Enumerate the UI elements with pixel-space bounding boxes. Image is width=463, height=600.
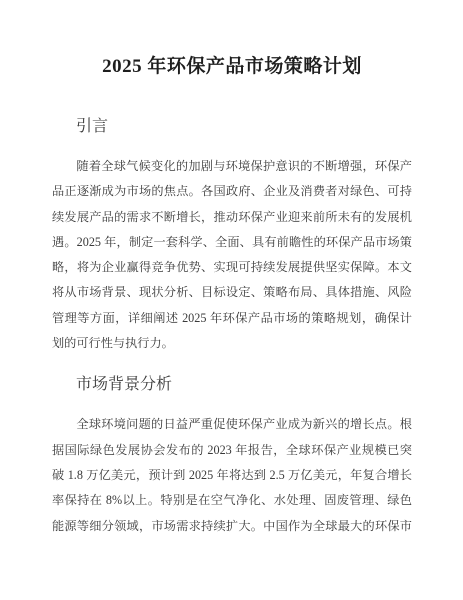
paragraph-line: 破 1.8 万亿美元，预计到 2025 年将达到 2.5 万亿美元，年复合增长 [52, 463, 412, 488]
intro-paragraph: 随着全球气候变化的加剧与环境保护意识的不断增强，环保产 品正逐渐成为市场的焦点。… [52, 154, 412, 356]
paragraph-line: 品正逐渐成为市场的焦点。各国政府、企业及消费者对绿色、可持 [52, 179, 412, 204]
paragraph-line: 续发展产品的需求不断增长，推动环保产业迎来前所未有的发展机 [52, 205, 412, 230]
paragraph-line: 将从市场背景、现状分析、目标设定、策略布局、具体措施、风险 [52, 280, 412, 305]
document-page: 2025 年环保产品市场策略计划 引言 随着全球气候变化的加剧与环境保护意识的不… [0, 0, 463, 600]
paragraph-line: 管理等方面，详细阐述 2025 年环保产品市场的策略规划，确保计 [52, 306, 412, 331]
paragraph-line: 略，将为企业赢得竞争优势、实现可持续发展提供坚实保障。本文 [52, 255, 412, 280]
paragraph-line: 据国际绿色发展协会发布的 2023 年报告，全球环保产业规模已突 [52, 438, 412, 463]
paragraph-line: 划的可行性与执行力。 [52, 331, 412, 356]
paragraph-line: 率保持在 8%以上。特别是在空气净化、水处理、固废管理、绿色 [52, 488, 412, 513]
section-heading-market-background: 市场背景分析 [52, 372, 412, 398]
document-title: 2025 年环保产品市场策略计划 [52, 54, 412, 80]
section-heading-intro: 引言 [52, 114, 412, 140]
paragraph-line: 随着全球气候变化的加剧与环境保护意识的不断增强，环保产 [52, 154, 412, 179]
paragraph-line: 全球环境问题的日益严重促使环保产业成为新兴的增长点。根 [52, 412, 412, 437]
paragraph-line: 遇。2025 年，制定一套科学、全面、具有前瞻性的环保产品市场策 [52, 230, 412, 255]
market-background-paragraph: 全球环境问题的日益严重促使环保产业成为新兴的增长点。根 据国际绿色发展协会发布的… [52, 412, 412, 538]
paragraph-line: 能源等细分领域，市场需求持续扩大。中国作为全球最大的环保市 [52, 514, 412, 539]
